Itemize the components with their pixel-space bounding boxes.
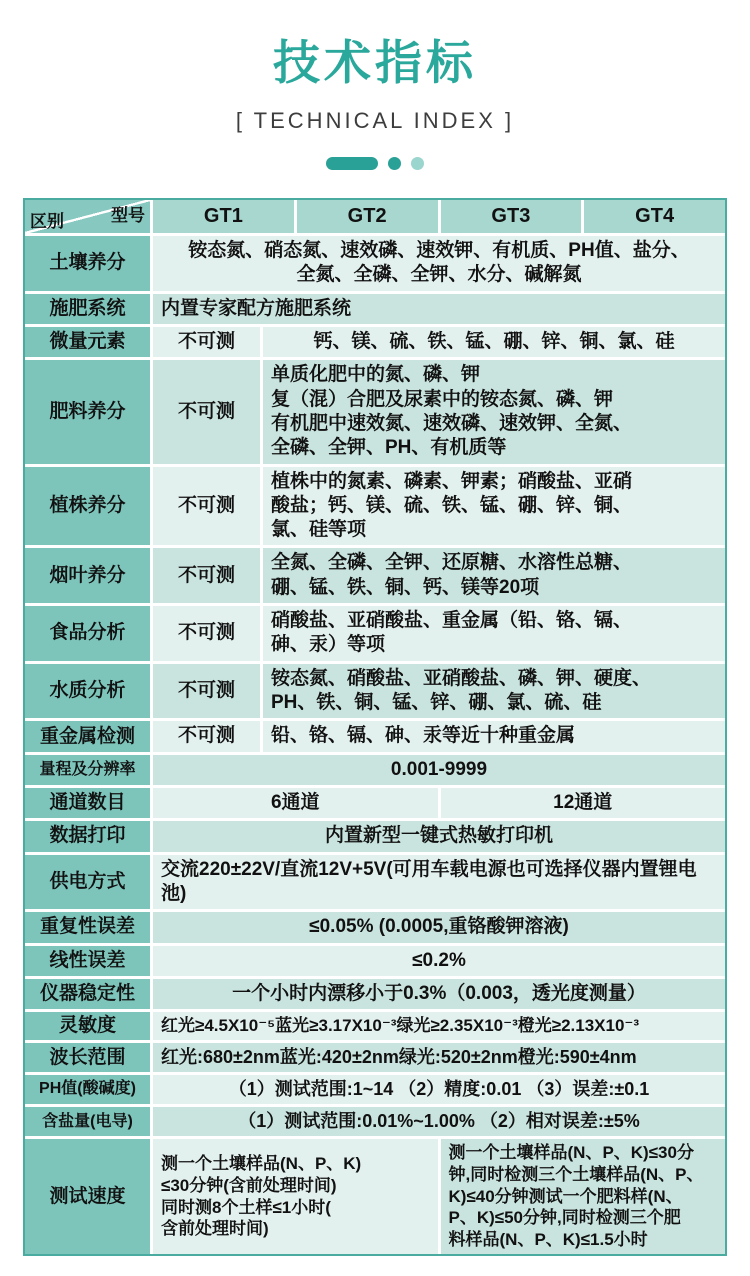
- technical-index-page: 技术指标 [ TECHNICAL INDEX ] 型号 区别 GT1GT2GT3…: [0, 0, 750, 1276]
- table-row: 微量元素不可测钙、镁、硫、铁、锰、硼、锌、铜、氯、硅: [25, 327, 725, 357]
- row-cells: 不可测全氮、全磷、全钾、还原糖、水溶性总糖、 硼、锰、铁、铜、钙、镁等20项: [153, 548, 725, 603]
- table-row: 测试速度测一个土壤样品(N、P、K) ≤30分钟(含前处理时间) 同时测8个土样…: [25, 1139, 725, 1254]
- row-label: 线性误差: [25, 946, 150, 976]
- row-label: 波长范围: [25, 1043, 150, 1072]
- row-label: 数据打印: [25, 821, 150, 851]
- table-row: 供电方式交流220±22V/直流12V+5V(可用车载电源也可选择仪器内置锂电池…: [25, 855, 725, 910]
- row-label: 测试速度: [25, 1139, 150, 1254]
- spec-cell: 一个小时内漂移小于0.3%（0.003，透光度测量）: [153, 979, 725, 1009]
- spec-cell: 不可测: [153, 360, 260, 463]
- spec-cell: 不可测: [153, 327, 260, 357]
- spec-cell: 不可测: [153, 606, 260, 661]
- model-header-cells: GT1GT2GT3GT4: [153, 200, 725, 233]
- spec-cell: 内置新型一键式热敏打印机: [153, 821, 725, 851]
- row-label: 灵敏度: [25, 1012, 150, 1040]
- spec-cell: （1）测试范围:0.01%~1.00% （2）相对误差:±5%: [153, 1107, 725, 1136]
- row-label: 烟叶养分: [25, 548, 150, 603]
- row-label: 含盐量(电导): [25, 1107, 150, 1136]
- table-row: 线性误差≤0.2%: [25, 946, 725, 976]
- row-label: PH值(酸碱度): [25, 1075, 150, 1104]
- table-row: 重金属检测不可测铅、铬、镉、砷、汞等近十种重金属: [25, 721, 725, 751]
- row-cells: ≤0.05% (0.0005,重铬酸钾溶液): [153, 912, 725, 942]
- row-label: 土壤养分: [25, 236, 150, 291]
- table-row: 含盐量(电导)（1）测试范围:0.01%~1.00% （2）相对误差:±5%: [25, 1107, 725, 1136]
- dash-ornament: [326, 157, 378, 170]
- row-cells: 铵态氮、硝态氮、速效磷、速效钾、有机质、PH值、盐分、 全氮、全磷、全钾、水分、…: [153, 236, 725, 291]
- spec-cell: 硝酸盐、亚硝酸盐、重金属（铅、铬、镉、 砷、汞）等项: [263, 606, 725, 661]
- corner-cell: 型号 区别: [25, 200, 150, 233]
- spec-cell: 红光:680±2nm蓝光:420±2nm绿光:520±2nm橙光:590±4nm: [153, 1043, 725, 1072]
- spec-cell: 铵态氮、硝酸盐、亚硝酸盐、磷、钾、硬度、 PH、铁、铜、锰、锌、硼、氯、硫、硅: [263, 664, 725, 719]
- row-cells: 内置专家配方施肥系统: [153, 294, 725, 324]
- spec-table: 型号 区别 GT1GT2GT3GT4 土壤养分铵态氮、硝态氮、速效磷、速效钾、有…: [23, 198, 727, 1256]
- table-row: 波长范围红光:680±2nm蓝光:420±2nm绿光:520±2nm橙光:590…: [25, 1043, 725, 1072]
- spec-cell: 不可测: [153, 548, 260, 603]
- table-row: 水质分析不可测铵态氮、硝酸盐、亚硝酸盐、磷、钾、硬度、 PH、铁、铜、锰、锌、硼…: [25, 664, 725, 719]
- spec-cell: ≤0.2%: [153, 946, 725, 976]
- spec-cell: 测一个土壤样品(N、P、K) ≤30分钟(含前处理时间) 同时测8个土样≤1小时…: [153, 1139, 438, 1254]
- row-label: 食品分析: [25, 606, 150, 661]
- table-row: 肥料养分不可测单质化肥中的氮、磷、钾 复（混）合肥及尿素中的铵态氮、磷、钾 有机…: [25, 360, 725, 463]
- table-row: 仪器稳定性一个小时内漂移小于0.3%（0.003，透光度测量）: [25, 979, 725, 1009]
- row-cells: （1）测试范围:1~14 （2）精度:0.01 （3）误差:±0.1: [153, 1075, 725, 1104]
- table-row: 灵敏度红光≥4.5X10⁻⁵蓝光≥3.17X10⁻³绿光≥2.35X10⁻³橙光…: [25, 1012, 725, 1040]
- table-row: 食品分析不可测硝酸盐、亚硝酸盐、重金属（铅、铬、镉、 砷、汞）等项: [25, 606, 725, 661]
- row-cells: 不可测植株中的氮素、磷素、钾素；硝酸盐、亚硝 酸盐；钙、镁、硫、铁、锰、硼、锌、…: [153, 467, 725, 546]
- corner-model-label: 型号: [111, 201, 145, 226]
- row-cells: 一个小时内漂移小于0.3%（0.003，透光度测量）: [153, 979, 725, 1009]
- spec-cell: 不可测: [153, 721, 260, 751]
- spec-cell: 铅、铬、镉、砷、汞等近十种重金属: [263, 721, 725, 751]
- table-row: 植株养分不可测植株中的氮素、磷素、钾素；硝酸盐、亚硝 酸盐；钙、镁、硫、铁、锰、…: [25, 467, 725, 546]
- page-title: 技术指标: [0, 26, 750, 93]
- spec-cell: 单质化肥中的氮、磷、钾 复（混）合肥及尿素中的铵态氮、磷、钾 有机肥中速效氮、速…: [263, 360, 725, 463]
- row-cells: 不可测单质化肥中的氮、磷、钾 复（混）合肥及尿素中的铵态氮、磷、钾 有机肥中速效…: [153, 360, 725, 463]
- row-cells: 不可测铅、铬、镉、砷、汞等近十种重金属: [153, 721, 725, 751]
- row-cells: ≤0.2%: [153, 946, 725, 976]
- page-header: 技术指标 [ TECHNICAL INDEX ]: [0, 0, 750, 170]
- row-label: 仪器稳定性: [25, 979, 150, 1009]
- spec-cell: 6通道: [153, 788, 438, 818]
- table-row: 通道数目6通道12通道: [25, 788, 725, 818]
- row-cells: 红光≥4.5X10⁻⁵蓝光≥3.17X10⁻³绿光≥2.35X10⁻³橙光≥2.…: [153, 1012, 725, 1040]
- row-label: 量程及分辨率: [25, 755, 150, 785]
- model-header-cell: GT1: [153, 200, 294, 233]
- table-row: PH值(酸碱度)（1）测试范围:1~14 （2）精度:0.01 （3）误差:±0…: [25, 1075, 725, 1104]
- row-cells: （1）测试范围:0.01%~1.00% （2）相对误差:±5%: [153, 1107, 725, 1136]
- row-label: 重复性误差: [25, 912, 150, 942]
- row-cells: 交流220±22V/直流12V+5V(可用车载电源也可选择仪器内置锂电池): [153, 855, 725, 910]
- row-cells: 红光:680±2nm蓝光:420±2nm绿光:520±2nm橙光:590±4nm: [153, 1043, 725, 1072]
- model-header-cell: GT2: [297, 200, 438, 233]
- model-header-cell: GT3: [441, 200, 582, 233]
- spec-cell: 内置专家配方施肥系统: [153, 294, 725, 324]
- table-row: 施肥系统内置专家配方施肥系统: [25, 294, 725, 324]
- table-row: 量程及分辨率0.001-9999: [25, 755, 725, 785]
- row-label: 水质分析: [25, 664, 150, 719]
- row-label: 施肥系统: [25, 294, 150, 324]
- spec-cell: 不可测: [153, 467, 260, 546]
- spec-cell: 钙、镁、硫、铁、锰、硼、锌、铜、氯、硅: [263, 327, 725, 357]
- spec-cell: 红光≥4.5X10⁻⁵蓝光≥3.17X10⁻³绿光≥2.35X10⁻³橙光≥2.…: [153, 1012, 725, 1040]
- table-row: 重复性误差≤0.05% (0.0005,重铬酸钾溶液): [25, 912, 725, 942]
- spec-cell: 0.001-9999: [153, 755, 725, 785]
- table-row: 数据打印内置新型一键式热敏打印机: [25, 821, 725, 851]
- spec-cell: （1）测试范围:1~14 （2）精度:0.01 （3）误差:±0.1: [153, 1075, 725, 1104]
- page-subtitle: [ TECHNICAL INDEX ]: [0, 108, 750, 134]
- dot-ornament-light: [411, 157, 424, 170]
- row-cells: 不可测钙、镁、硫、铁、锰、硼、锌、铜、氯、硅: [153, 327, 725, 357]
- dot-ornament-dark: [388, 157, 401, 170]
- model-header-cell: GT4: [584, 200, 725, 233]
- corner-category-label: 区别: [30, 207, 64, 232]
- row-label: 植株养分: [25, 467, 150, 546]
- row-label: 微量元素: [25, 327, 150, 357]
- row-cells: 0.001-9999: [153, 755, 725, 785]
- row-cells: 内置新型一键式热敏打印机: [153, 821, 725, 851]
- spec-cell: 不可测: [153, 664, 260, 719]
- row-cells: 测一个土壤样品(N、P、K) ≤30分钟(含前处理时间) 同时测8个土样≤1小时…: [153, 1139, 725, 1254]
- table-header-row: 型号 区别 GT1GT2GT3GT4: [25, 200, 725, 233]
- table-row: 土壤养分铵态氮、硝态氮、速效磷、速效钾、有机质、PH值、盐分、 全氮、全磷、全钾…: [25, 236, 725, 291]
- row-cells: 不可测硝酸盐、亚硝酸盐、重金属（铅、铬、镉、 砷、汞）等项: [153, 606, 725, 661]
- row-label: 通道数目: [25, 788, 150, 818]
- spec-cell: 12通道: [441, 788, 726, 818]
- spec-cell: 交流220±22V/直流12V+5V(可用车载电源也可选择仪器内置锂电池): [153, 855, 725, 910]
- spec-cell: 测一个土壤样品(N、P、K)≤30分 钟,同时检测三个土壤样品(N、P、 K)≤…: [441, 1139, 726, 1254]
- spec-cell: 植株中的氮素、磷素、钾素；硝酸盐、亚硝 酸盐；钙、镁、硫、铁、锰、硼、锌、铜、 …: [263, 467, 725, 546]
- row-cells: 6通道12通道: [153, 788, 725, 818]
- row-label: 重金属检测: [25, 721, 150, 751]
- spec-cell: ≤0.05% (0.0005,重铬酸钾溶液): [153, 912, 725, 942]
- spec-cell: 铵态氮、硝态氮、速效磷、速效钾、有机质、PH值、盐分、 全氮、全磷、全钾、水分、…: [153, 236, 725, 291]
- divider-ornament: [0, 157, 750, 170]
- row-cells: 不可测铵态氮、硝酸盐、亚硝酸盐、磷、钾、硬度、 PH、铁、铜、锰、锌、硼、氯、硫…: [153, 664, 725, 719]
- spec-cell: 全氮、全磷、全钾、还原糖、水溶性总糖、 硼、锰、铁、铜、钙、镁等20项: [263, 548, 725, 603]
- table-row: 烟叶养分不可测全氮、全磷、全钾、还原糖、水溶性总糖、 硼、锰、铁、铜、钙、镁等2…: [25, 548, 725, 603]
- row-label: 供电方式: [25, 855, 150, 910]
- row-label: 肥料养分: [25, 360, 150, 463]
